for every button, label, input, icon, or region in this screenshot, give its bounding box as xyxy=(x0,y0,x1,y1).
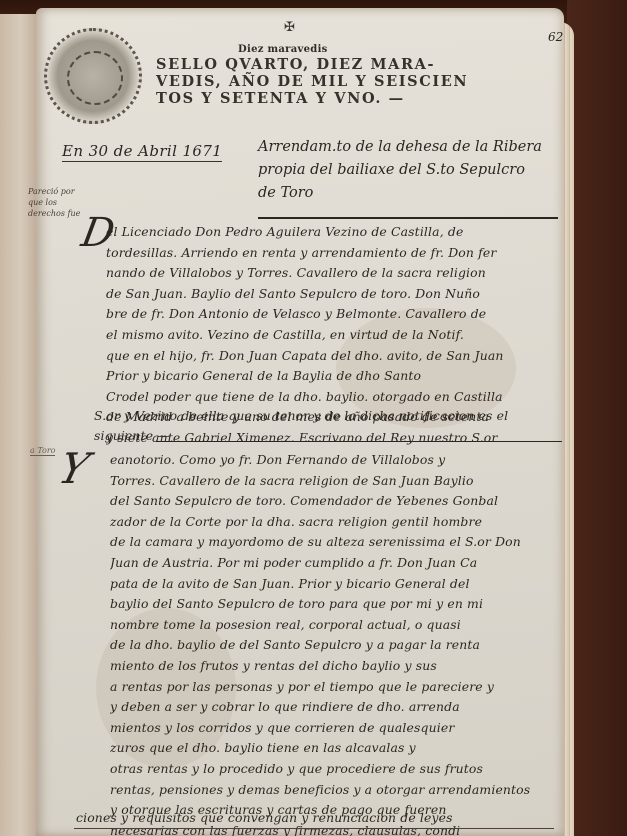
document-title: Arrendam.to de la dehesa de la Ribera pr… xyxy=(258,136,558,205)
title-line: de Toro xyxy=(258,182,558,205)
cross-icon: ✠ xyxy=(284,20,295,35)
document-date: En 30 de Abril 1671 xyxy=(62,142,222,162)
royal-seal-stamp-icon xyxy=(44,28,142,124)
stamp-header-line: VEDIS, AÑO DE MIL Y SEISCIEN xyxy=(156,73,496,90)
text-line: que en el hijo, fr. Don Juan Capata del … xyxy=(106,346,566,367)
text-line: de San Juan. Baylio del Santo Sepulcro d… xyxy=(106,284,566,305)
text-line: de la dho. baylio de del Santo Sepulcro … xyxy=(110,635,566,656)
text-line: ciones y requisitos que convengan y renu… xyxy=(76,808,556,829)
title-line: Arrendam.to de la dehesa de la Ribera xyxy=(258,136,558,159)
margin-note: Pareció por que los derechos fue xyxy=(28,186,88,219)
text-line: nombre tome la posesion real, corporal a… xyxy=(110,615,566,636)
paragraph-1-line: S.or y Vezino de ella que su tenor y de … xyxy=(94,406,566,427)
text-line: S.or y Vezino de ella que su tenor y de … xyxy=(94,406,566,427)
text-line: siguiente — xyxy=(94,426,566,447)
text-line: zuros que el dho. baylio tiene en las al… xyxy=(110,738,566,759)
bottom-rule xyxy=(74,828,554,829)
paragraph-2: eanotorio. Como yo fr. Don Fernando de V… xyxy=(110,450,566,836)
text-line: bre de fr. Don Antonio de Velasco y Belm… xyxy=(106,304,566,325)
text-line: a rentas por las personas y por el tiemp… xyxy=(110,677,566,698)
section-end-rule xyxy=(156,441,562,442)
text-line: otras rentas y lo procedido y que proced… xyxy=(110,759,566,780)
folio-number: 62 xyxy=(548,30,563,44)
title-underline xyxy=(258,217,558,219)
text-line: el Licenciado Don Pedro Aguilera Vezino … xyxy=(106,222,566,243)
stamp-header: SELLO QVARTO, DIEZ MARA- VEDIS, AÑO DE M… xyxy=(156,56,496,107)
text-line: rentas, pensiones y demas beneficios y a… xyxy=(110,780,566,801)
stamp-header-line: SELLO QVARTO, DIEZ MARA- xyxy=(156,56,496,73)
text-line: pata de la avito de San Juan. Prior y bi… xyxy=(110,574,566,595)
text-line: tordesillas. Arriendo en renta y arrenda… xyxy=(106,243,566,264)
text-line: de la camara y mayordomo de su alteza se… xyxy=(110,532,566,553)
stamp-value: Diez maravedis xyxy=(238,44,328,55)
paragraph-2-last: ciones y requisitos que convengan y renu… xyxy=(76,808,556,829)
text-line: nando de Villalobos y Torres. Cavallero … xyxy=(106,263,566,284)
text-line: mientos y los corridos y que corrieren d… xyxy=(110,718,566,739)
text-line: Prior y bicario General de la Baylia de … xyxy=(106,366,566,387)
text-line: y deben a ser y cobrar lo que rindiere d… xyxy=(110,697,566,718)
text-line: Juan de Austria. Por mi poder cumplido a… xyxy=(110,553,566,574)
text-line: el mismo avito. Vezino de Castilla, en v… xyxy=(106,325,566,346)
margin-note: a Toro xyxy=(30,446,55,456)
text-line: miento de los frutos y rentas del dicho … xyxy=(110,656,566,677)
text-line: eanotorio. Como yo fr. Don Fernando de V… xyxy=(110,450,566,471)
text-line: del Santo Sepulcro de toro. Comendador d… xyxy=(110,491,566,512)
text-line: Crodel poder que tiene de la dho. baylio… xyxy=(106,387,566,408)
text-line: Torres. Cavallero de la sacra religion d… xyxy=(110,471,566,492)
seal-coat-of-arms-icon xyxy=(67,51,123,105)
title-line: propia del bailiaxe del S.to Sepulcro xyxy=(258,159,558,182)
text-line: zador de la Corte por la dha. sacra reli… xyxy=(110,512,566,533)
background-table xyxy=(567,0,627,836)
text-line: baylio del Santo Sepulcro de toro para q… xyxy=(110,594,566,615)
paragraph-1-end: siguiente — xyxy=(94,426,566,447)
stamp-header-line: TOS Y SETENTA Y VNO. — xyxy=(156,90,496,107)
